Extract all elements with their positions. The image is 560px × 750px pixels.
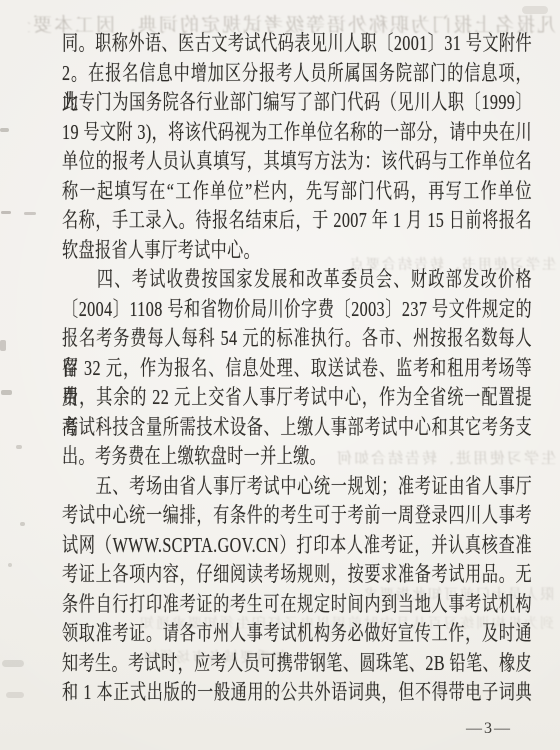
- text-line: 单位的报考人员认真填写，其填写方法为：该代码与工作单位名: [62, 147, 532, 177]
- text-line-paragraph-five: 五、考场由省人事厅考试中心统一规划；准考证由省人事厅: [62, 472, 532, 502]
- scan-speck: [522, 6, 548, 14]
- text-line: 用，其余的 22 元上交省人事厅考试中心，作为全省统一配置提高: [62, 383, 532, 413]
- scan-speck: [6, 692, 24, 698]
- scan-speck: [0, 128, 9, 132]
- page-number: —3—: [466, 720, 512, 738]
- text-line: 考试中心统一编排，有条件的考生可于考前一周登录四川人事考: [62, 501, 532, 531]
- text-line: 试网（WWW.SCPTA.GOV.CN）打印本人准考证，并认真核查准: [62, 531, 532, 561]
- text-line: 称一起填写在“工作单位”栏内，先写部门代码，再写工作单位: [62, 177, 532, 207]
- scan-speck: [1, 211, 11, 214]
- text-line: 条件自行打印准考证的考生可在规定时间内到当地人事考试机构: [62, 590, 532, 620]
- text-line: 领取准考证。请各市州人事考试机构务必做好宣传工作，及时通: [62, 619, 532, 649]
- scan-speck: [16, 445, 22, 449]
- scan-speck: [1, 390, 12, 395]
- text-line: 考试科技含量所需技术设备、上缴人事部考试中心和其它考务支: [62, 413, 532, 443]
- text-line: 2。在报名信息中增加区分报考人员所属国务院部门的信息项，为: [62, 59, 532, 89]
- text-line: 名称，手工录入。待报名结束后，于 2007 年 1 月 15 日前将报名: [62, 206, 532, 236]
- text-line: 报名考务费每人每科 54 元的标准执行。各市、州按报名数每人留: [62, 324, 532, 354]
- document-body: 同。职称外语、医古文考试代码表见川人职〔2001〕31 号文附件 2。在报名信息…: [62, 29, 532, 708]
- text-line: 19 号文附 3)，将该代码视为工作单位名称的一部分，请中央在川: [62, 118, 532, 148]
- text-line: 存 32 元，作为报名、信息处理、取送试卷、监考和租用考场等费: [62, 354, 532, 384]
- text-line: 此专门为国务院各行业部门编写了部门代码（见川人职〔1999〕: [62, 88, 532, 118]
- text-line: 考证上各项内容，仔细阅读考场规则，按要求准备考试用品。无: [62, 560, 532, 590]
- scan-speck: [24, 212, 36, 215]
- text-line: 软盘报省人事厅考试中心。: [62, 236, 532, 266]
- text-line: 〔2004〕1108 号和省物价局川价字费〔2003〕237 号文件规定的: [62, 295, 532, 325]
- text-line: 知考生。考试时，应考人员可携带钢笔、圆珠笔、2B 铅笔、橡皮: [62, 649, 532, 679]
- scan-speck: [2, 660, 24, 667]
- scan-speck: [0, 340, 6, 351]
- text-line-paragraph-four: 四、考试收费按国家发展和改革委员会、财政部发改价格: [62, 265, 532, 295]
- text-line: 同。职称外语、医古文考试代码表见川人职〔2001〕31 号文附件: [62, 29, 532, 59]
- scanned-document-page: 凡报名上报门为职称外语等级考试规定的词典，因工本要全业 生学习使用书，转告结合要…: [0, 0, 560, 750]
- scan-speck: [8, 563, 12, 567]
- text-line: 和 1 本正式出版的一般通用的公共外语词典，但不得带电子词典: [62, 678, 532, 708]
- text-line: 出。考务费在上缴软盘时一并上缴。: [62, 442, 532, 472]
- scan-speck: [20, 522, 25, 526]
